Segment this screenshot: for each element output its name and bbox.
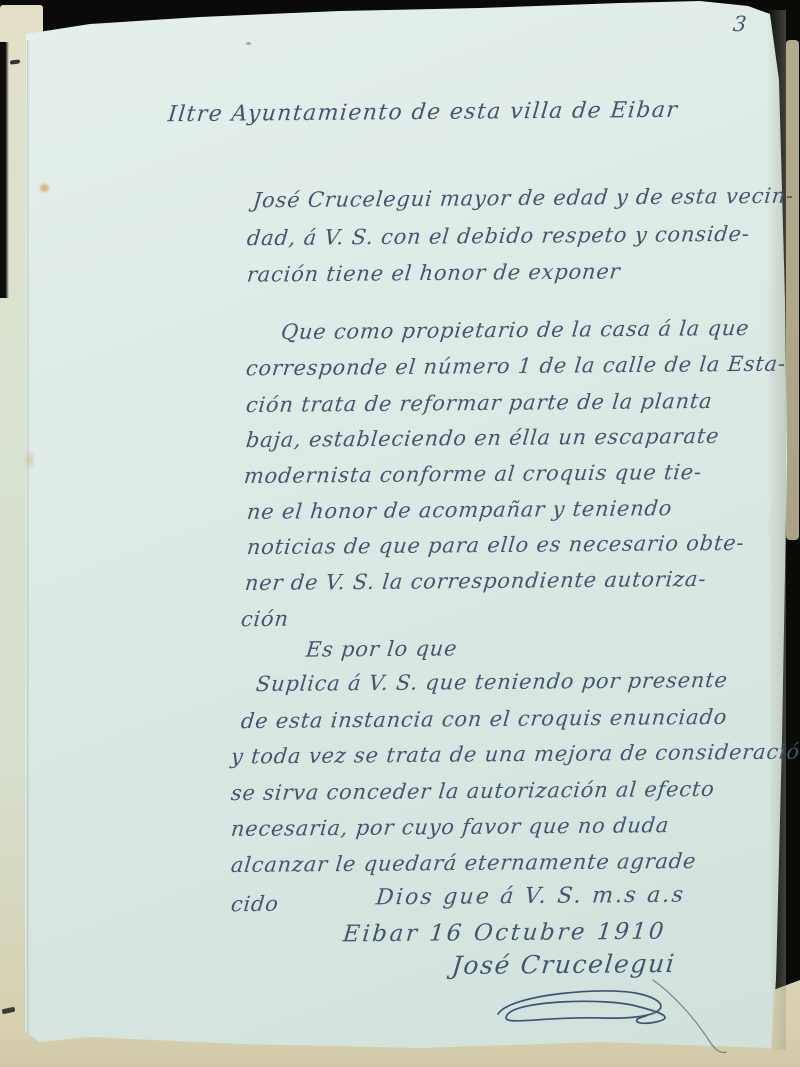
foxing-stain	[39, 183, 50, 193]
manuscript-line: ración tiene el honor de exponer	[246, 259, 622, 286]
document-heading: Iltre Ayuntamiento de esta villa de Eiba…	[167, 98, 680, 127]
valediction: Dios gue á V. S. m.s a.s	[375, 883, 687, 911]
manuscript-line: cido	[230, 892, 280, 916]
manuscript-line: corresponde el número 1 de la calle de l…	[245, 352, 787, 381]
manuscript-line: alcanzar le quedará eternamente agrade	[230, 849, 698, 877]
manuscript-line: ner de V. S. la correspondiente autoriza…	[244, 567, 708, 595]
manuscript-line: necesaria, por cuyo favor que no duda	[230, 813, 671, 841]
page-number: 3	[732, 12, 748, 36]
signature-rubric-flourish	[478, 972, 728, 1061]
underlying-page-right-edge	[786, 40, 799, 540]
manuscript-line: y toda vez se trata de una mejora de con…	[230, 739, 800, 768]
manuscript-line: ción	[240, 607, 290, 631]
manuscript-line: baja, estableciendo en élla un escaparat…	[245, 424, 721, 452]
manuscript-line: Que como propietario de la casa á la que	[280, 316, 751, 344]
manuscript-line: José Crucelegui mayor de edad y de esta …	[252, 184, 795, 213]
manuscript-line: modernista conforme al croquis que tie-	[243, 460, 703, 488]
manuscript-line: ne el honor de acompañar y teniendo	[246, 496, 674, 524]
manuscript-line: noticias de que para ello es necesario o…	[246, 531, 746, 559]
paper-fold-line	[27, 40, 30, 1035]
paper-smudge	[25, 445, 34, 475]
manuscript-line: ción trata de reformar parte de la plant…	[245, 389, 714, 417]
manuscript-line: Suplica á V. S. que teniendo por present…	[255, 668, 729, 696]
manuscript-line: de esta instancia con el croquis enuncia…	[240, 705, 729, 733]
place-and-date: Eibar 16 Octubre 1910	[342, 919, 668, 948]
page-gap-shadow	[0, 42, 9, 298]
manuscript-line: se sirva conceder la autorización al efe…	[230, 777, 716, 805]
manuscript-line: Es por lo que	[305, 636, 459, 661]
paper-speck	[246, 42, 251, 45]
manuscript-line: dad, á V. S. con el debido respeto y con…	[246, 222, 751, 250]
